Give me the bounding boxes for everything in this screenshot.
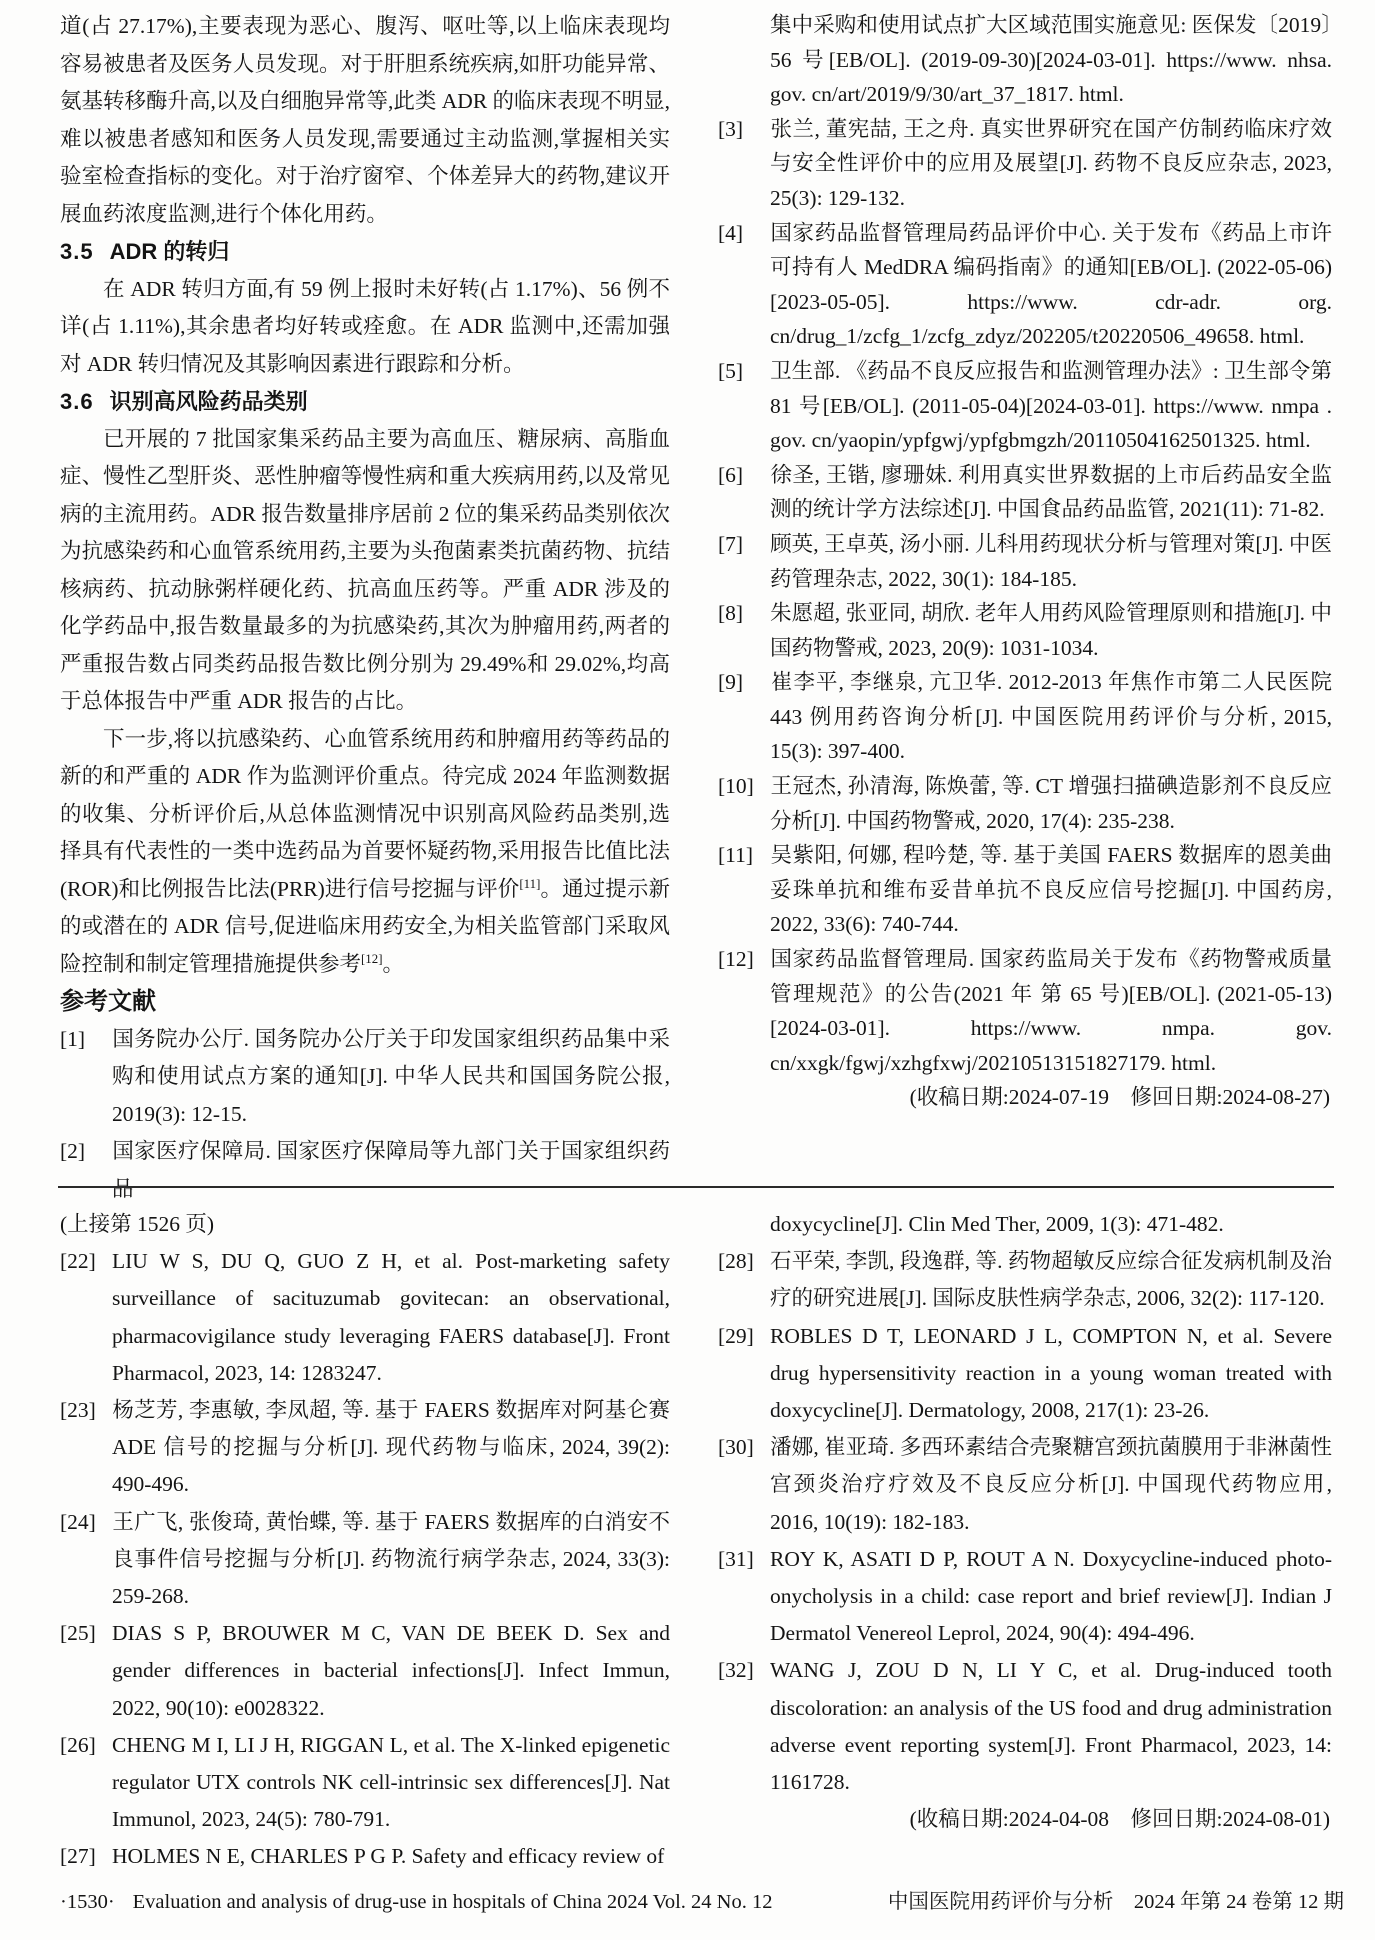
reference-text: LIU W S, DU Q, GUO Z H, et al. Post-mark… <box>112 1249 670 1385</box>
reference-text: 朱愿超, 张亚同, 胡欣. 老年人用药风险管理原则和措施[J]. 中国药物警戒,… <box>770 601 1332 660</box>
reference-text: 吴紫阳, 何娜, 程吟楚, 等. 基于美国 FAERS 数据库的恩美曲妥珠单抗和… <box>770 843 1332 936</box>
reference-number: [32] <box>718 1652 770 1689</box>
reference-text: DIAS S P, BROUWER M C, VAN DE BEEK D. Se… <box>112 1621 670 1719</box>
text-run: 。 <box>383 952 405 976</box>
paragraph-3-5: 在 ADR 转归方面,有 59 例上报时未好转(占 1.17%)、56 例不详(… <box>60 271 670 384</box>
paragraph-adr-clinical: 道(占 27.17%),主要表现为恶心、腹泻、呕吐等,以上临床表现均容易被患者及… <box>60 8 670 233</box>
continued-from-note: (上接第 1526 页) <box>60 1206 670 1243</box>
reference-text: 国家药品监督管理局. 国家药监局关于发布《药物警戒质量管理规范》的公告(2021… <box>770 947 1332 1075</box>
section-number: 3.6 <box>60 389 94 414</box>
reference-number: [10] <box>718 769 770 804</box>
reference-text: 国家药品监督管理局药品评价中心. 关于发布《药品上市许可持有人 MedDRA 编… <box>770 221 1332 349</box>
reference-number: [12] <box>718 942 770 977</box>
reference-text: 卫生部. 《药品不良反应报告和监测管理办法》: 卫生部令第 81 号[EB/OL… <box>770 359 1332 452</box>
section-heading-3-5: 3.5ADR 的转归 <box>60 233 670 271</box>
reference-text: 石平荣, 李凯, 段逸群, 等. 药物超敏反应综合征发病机制及治疗的研究进展[J… <box>770 1249 1332 1310</box>
reference-item: [31]ROY K, ASATI D P, ROUT A N. Doxycycl… <box>718 1541 1332 1653</box>
reference-item: [24]王广飞, 张俊琦, 黄怡蝶, 等. 基于 FAERS 数据库的白消安不良… <box>60 1504 670 1616</box>
citation-superscript-11: [11] <box>519 876 540 890</box>
reference-number: [23] <box>60 1392 112 1429</box>
reference-item: [3]张兰, 董宪喆, 王之舟. 真实世界研究在国产仿制药临床疗效与安全性评价中… <box>718 112 1332 216</box>
reference-item: [32]WANG J, ZOU D N, LI Y C, et al. Drug… <box>718 1652 1332 1801</box>
reference-item: [5]卫生部. 《药品不良反应报告和监测管理办法》: 卫生部令第 81 号[EB… <box>718 354 1332 458</box>
reference-2-continuation: 集中采购和使用试点扩大区域范围实施意见: 医保发〔2019〕56 号[EB/OL… <box>718 8 1332 112</box>
reference-number: [9] <box>718 665 770 700</box>
reference-number: [22] <box>60 1243 112 1280</box>
reference-number: [26] <box>60 1727 112 1764</box>
reference-number: [8] <box>718 596 770 631</box>
reference-item: [11]吴紫阳, 何娜, 程吟楚, 等. 基于美国 FAERS 数据库的恩美曲妥… <box>718 838 1332 942</box>
reference-number: [2] <box>60 1133 112 1171</box>
reference-number: [28] <box>718 1243 770 1280</box>
reference-item: [6]徐圣, 王锴, 廖珊妹. 利用真实世界数据的上市后药品安全监测的统计学方法… <box>718 458 1332 527</box>
reference-number: [24] <box>60 1504 112 1541</box>
reference-number: [7] <box>718 527 770 562</box>
reference-text: WANG J, ZOU D N, LI Y C, et al. Drug-ind… <box>770 1658 1332 1794</box>
reference-number: [4] <box>718 216 770 251</box>
top-right-column: 集中采购和使用试点扩大区域范围实施意见: 医保发〔2019〕56 号[EB/OL… <box>718 8 1332 1115</box>
reference-27-continuation: doxycycline[J]. Clin Med Ther, 2009, 1(3… <box>718 1206 1332 1243</box>
reference-item: [29]ROBLES D T, LEONARD J L, COMPTON N, … <box>718 1318 1332 1430</box>
section-divider-rule <box>58 1186 1334 1188</box>
reference-text: ROY K, ASATI D P, ROUT A N. Doxycycline-… <box>770 1547 1332 1645</box>
reference-item: [1]国务院办公厅. 国务院办公厅关于印发国家组织药品集中采购和使用试点方案的通… <box>60 1021 670 1134</box>
bottom-left-column: (上接第 1526 页) [22]LIU W S, DU Q, GUO Z H,… <box>60 1206 670 1876</box>
reference-number: [27] <box>60 1838 112 1875</box>
reference-item: [22]LIU W S, DU Q, GUO Z H, et al. Post-… <box>60 1243 670 1392</box>
reference-number: [1] <box>60 1021 112 1059</box>
reference-number: [3] <box>718 112 770 147</box>
bottom-right-column: doxycycline[J]. Clin Med Ther, 2009, 1(3… <box>718 1206 1332 1838</box>
reference-item: [4]国家药品监督管理局药品评价中心. 关于发布《药品上市许可持有人 MedDR… <box>718 216 1332 354</box>
page-footer: ·1530·Evaluation and analysis of drug-us… <box>60 1884 1344 1914</box>
top-left-column: 道(占 27.17%),主要表现为恶心、腹泻、呕吐等,以上临床表现均容易被患者及… <box>60 8 670 1208</box>
section-heading-3-6: 3.6识别高风险药品类别 <box>60 383 670 421</box>
reference-item: [30]潘娜, 崔亚琦. 多西环素结合壳聚糖宫颈抗菌膜用于非淋菌性宫颈炎治疗疗效… <box>718 1429 1332 1541</box>
reference-item: [8]朱愿超, 张亚同, 胡欣. 老年人用药风险管理原则和措施[J]. 中国药物… <box>718 596 1332 665</box>
reference-text: 王广飞, 张俊琦, 黄怡蝶, 等. 基于 FAERS 数据库的白消安不良事件信号… <box>112 1510 670 1608</box>
section-title: 识别高风险药品类别 <box>110 389 308 414</box>
reference-text: 国务院办公厅. 国务院办公厅关于印发国家组织药品集中采购和使用试点方案的通知[J… <box>112 1027 670 1126</box>
reference-text: CHENG M I, LI J H, RIGGAN L, et al. The … <box>112 1733 670 1831</box>
reference-text: ROBLES D T, LEONARD J L, COMPTON N, et a… <box>770 1324 1332 1422</box>
reference-item: [10]王冠杰, 孙清海, 陈焕蕾, 等. CT 增强扫描碘造影剂不良反应分析[… <box>718 769 1332 838</box>
page-number: ·1530· <box>60 1891 115 1913</box>
journal-page: 道(占 27.17%),主要表现为恶心、腹泻、呕吐等,以上临床表现均容易被患者及… <box>0 0 1375 1940</box>
reference-text: 崔李平, 李继泉, 亢卫华. 2012-2013 年焦作市第二人民医院 443 … <box>770 670 1332 763</box>
reference-item: [2]国家医疗保障局. 国家医疗保障局等九部门关于国家组织药品 <box>60 1133 670 1208</box>
reference-item: [28]石平荣, 李凯, 段逸群, 等. 药物超敏反应综合征发病机制及治疗的研究… <box>718 1243 1332 1317</box>
reference-number: [11] <box>718 838 770 873</box>
reference-number: [30] <box>718 1429 770 1466</box>
references-list-top-right: [3]张兰, 董宪喆, 王之舟. 真实世界研究在国产仿制药临床疗效与安全性评价中… <box>718 112 1332 1081</box>
reference-text: HOLMES N E, CHARLES P G P. Safety and ef… <box>112 1844 664 1868</box>
reference-number: [6] <box>718 458 770 493</box>
reference-item: [23]杨芝芳, 李惠敏, 李凤超, 等. 基于 FAERS 数据库对阿基仑赛 … <box>60 1392 670 1504</box>
received-revised-dates-bottom: (收稿日期:2024-04-08 修回日期:2024-08-01) <box>718 1801 1332 1838</box>
reference-item: [7]顾英, 王卓英, 汤小丽. 儿科用药现状分析与管理对策[J]. 中医药管理… <box>718 527 1332 596</box>
reference-text: 国家医疗保障局. 国家医疗保障局等九部门关于国家组织药品 <box>112 1139 670 1201</box>
footer-left: ·1530·Evaluation and analysis of drug-us… <box>60 1891 772 1914</box>
reference-text: 张兰, 董宪喆, 王之舟. 真实世界研究在国产仿制药临床疗效与安全性评价中的应用… <box>770 117 1332 210</box>
reference-item: [25]DIAS S P, BROUWER M C, VAN DE BEEK D… <box>60 1615 670 1727</box>
reference-item: [27]HOLMES N E, CHARLES P G P. Safety an… <box>60 1838 670 1875</box>
reference-item: [26]CHENG M I, LI J H, RIGGAN L, et al. … <box>60 1727 670 1839</box>
paragraph-3-6: 已开展的 7 批国家集采药品主要为高血压、糖尿病、高脂血症、慢性乙型肝炎、恶性肿… <box>60 421 670 721</box>
references-list-bottom-left: [22]LIU W S, DU Q, GUO Z H, et al. Post-… <box>60 1243 670 1875</box>
journal-title-chinese: 中国医院用药评价与分析 2024 年第 24 卷第 12 期 <box>888 1884 1344 1914</box>
reference-text: 顾英, 王卓英, 汤小丽. 儿科用药现状分析与管理对策[J]. 中医药管理杂志,… <box>770 532 1332 591</box>
text-run: 下一步,将以抗感染药、心血管系统用药和肿瘤用药等药品的新的和严重的 ADR 作为… <box>60 727 670 901</box>
journal-title-english: Evaluation and analysis of drug-use in h… <box>133 1891 773 1913</box>
reference-text: 潘娜, 崔亚琦. 多西环素结合壳聚糖宫颈抗菌膜用于非淋菌性宫颈炎治疗疗效及不良反… <box>770 1435 1332 1533</box>
reference-number: [5] <box>718 354 770 389</box>
reference-item: [12]国家药品监督管理局. 国家药监局关于发布《药物警戒质量管理规范》的公告(… <box>718 942 1332 1080</box>
section-title: ADR 的转归 <box>110 239 230 264</box>
references-heading: 参考文献 <box>60 983 670 1021</box>
paragraph-next-steps: 下一步,将以抗感染药、心血管系统用药和肿瘤用药等药品的新的和严重的 ADR 作为… <box>60 721 670 984</box>
citation-superscript-12: [12] <box>361 951 382 965</box>
reference-text: 杨芝芳, 李惠敏, 李凤超, 等. 基于 FAERS 数据库对阿基仑赛 ADE … <box>112 1398 670 1496</box>
reference-number: [29] <box>718 1318 770 1355</box>
reference-item: [9]崔李平, 李继泉, 亢卫华. 2012-2013 年焦作市第二人民医院 4… <box>718 665 1332 769</box>
references-list-top-left: [1]国务院办公厅. 国务院办公厅关于印发国家组织药品集中采购和使用试点方案的通… <box>60 1021 670 1209</box>
received-revised-dates-top: (收稿日期:2024-07-19 修回日期:2024-08-27) <box>718 1080 1332 1115</box>
reference-text: 徐圣, 王锴, 廖珊妹. 利用真实世界数据的上市后药品安全监测的统计学方法综述[… <box>770 463 1332 522</box>
reference-number: [25] <box>60 1615 112 1652</box>
reference-number: [31] <box>718 1541 770 1578</box>
reference-text: 王冠杰, 孙清海, 陈焕蕾, 等. CT 增强扫描碘造影剂不良反应分析[J]. … <box>770 774 1332 833</box>
references-list-bottom-right: [28]石平荣, 李凯, 段逸群, 等. 药物超敏反应综合征发病机制及治疗的研究… <box>718 1243 1332 1801</box>
section-number: 3.5 <box>60 239 94 264</box>
